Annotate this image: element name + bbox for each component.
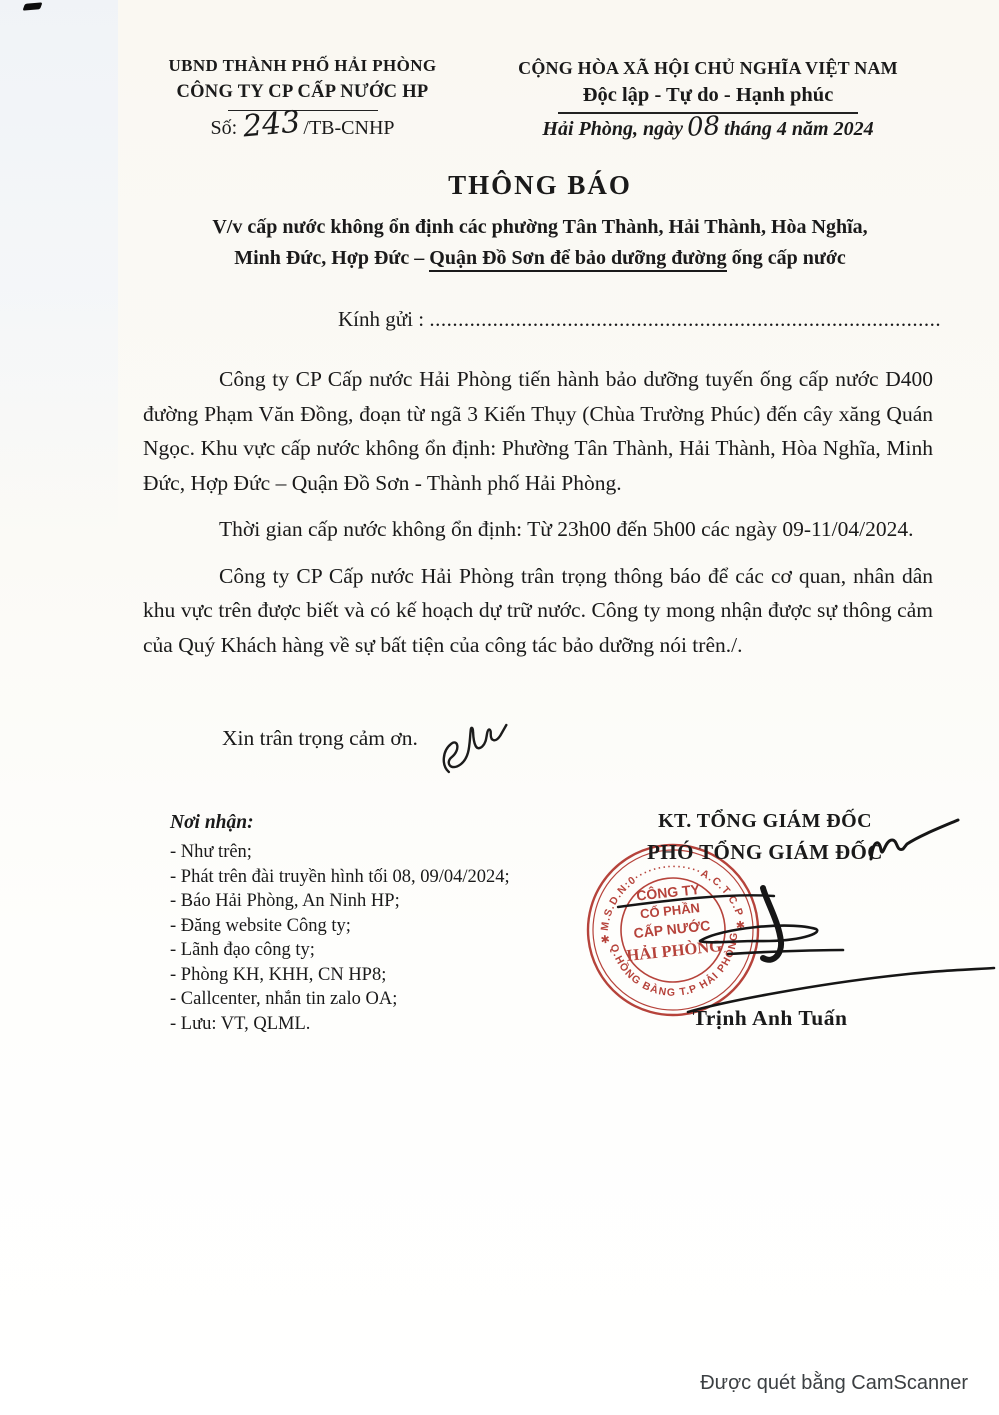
subject-line2: Minh Đức, Hợp Đức – Quận Đồ Sơn để bảo d… — [110, 243, 970, 274]
recipient-item: - Phát trên đài truyền hình tối 08, 09/0… — [170, 865, 610, 890]
recipient-item: - Báo Hải Phòng, An Ninh HP; — [170, 889, 610, 914]
scan-artifact-mark — [22, 2, 42, 10]
national-header-block: CỘNG HÒA XÃ HỘI CHỦ NGHĨA VIỆT NAM Độc l… — [478, 58, 938, 141]
body-paragraph-3: Công ty CP Cấp nước Hải Phòng trân trọng… — [143, 559, 933, 663]
document-number-handwritten: 243 — [242, 113, 301, 138]
subject-line2-underlined: Quận Đồ Sơn để bảo dưỡng đường — [429, 247, 726, 272]
issuer-org: CÔNG TY CP CẤP NƯỚC HP — [140, 82, 465, 103]
document-number-line: Số:243/TB-CNHP — [140, 115, 465, 140]
national-motto-line1: CỘNG HÒA XÃ HỘI CHỦ NGHĨA VIỆT NAM — [478, 58, 938, 79]
document-number-label: Số: — [210, 117, 237, 139]
camscanner-watermark: Được quét bằng CamScanner — [700, 1372, 968, 1395]
document-body: Công ty CP Cấp nước Hải Phòng tiến hành … — [143, 362, 933, 674]
handwritten-signature — [560, 780, 999, 1040]
closing-line: Xin trân trọng cảm ơn. — [222, 726, 418, 751]
issuer-block: UBND THÀNH PHỐ HẢI PHÒNG CÔNG TY CP CẤP … — [140, 56, 465, 140]
recipient-item: - Callcenter, nhắn tin zalo OA; — [170, 987, 610, 1012]
subject-line2-post: ống cấp nước — [727, 247, 846, 269]
place-date-line: Hải Phòng, ngày08tháng 4 năm 2024 — [478, 118, 938, 141]
document-number-suffix: /TB-CNHP — [303, 117, 394, 139]
salutation-line: Kính gửi : .............................… — [338, 307, 941, 332]
place-date-suffix: tháng 4 năm 2024 — [724, 118, 873, 140]
document-subject: V/v cấp nước không ổn định các phường Tâ… — [110, 212, 970, 274]
recipient-item: - Lưu: VT, QLML. — [170, 1012, 610, 1037]
recipients-label: Nơi nhận: — [170, 812, 610, 834]
recipient-item: - Lãnh đạo công ty; — [170, 938, 610, 963]
body-paragraph-1: Công ty CP Cấp nước Hải Phòng tiến hành … — [143, 362, 933, 500]
body-paragraph-2: Thời gian cấp nước không ổn định: Từ 23h… — [143, 512, 933, 547]
national-motto-line2: Độc lập - Tự do - Hạnh phúc — [478, 84, 938, 107]
recipient-item: - Đăng website Công ty; — [170, 914, 610, 939]
place-date-prefix: Hải Phòng, ngày — [542, 118, 683, 140]
handwritten-initials — [428, 712, 523, 780]
subject-line2-pre: Minh Đức, Hợp Đức – — [234, 247, 429, 269]
issuer-parent-org: UBND THÀNH PHỐ HẢI PHÒNG — [140, 56, 465, 76]
salutation-dotted-leader: ........................................… — [429, 307, 941, 331]
salutation-label: Kính gửi : — [338, 307, 424, 331]
document-title: THÔNG BÁO — [145, 170, 935, 201]
recipient-item: - Phòng KH, KHH, CN HP8; — [170, 963, 610, 988]
document-page: UBND THÀNH PHỐ HẢI PHÒNG CÔNG TY CP CẤP … — [0, 0, 999, 1415]
date-day-handwritten: 08 — [687, 117, 721, 137]
recipient-item: - Như trên; — [170, 840, 610, 865]
subject-line1: V/v cấp nước không ổn định các phường Tâ… — [110, 212, 970, 243]
recipients-block: Nơi nhận: - Như trên; - Phát trên đài tr… — [170, 812, 610, 1036]
